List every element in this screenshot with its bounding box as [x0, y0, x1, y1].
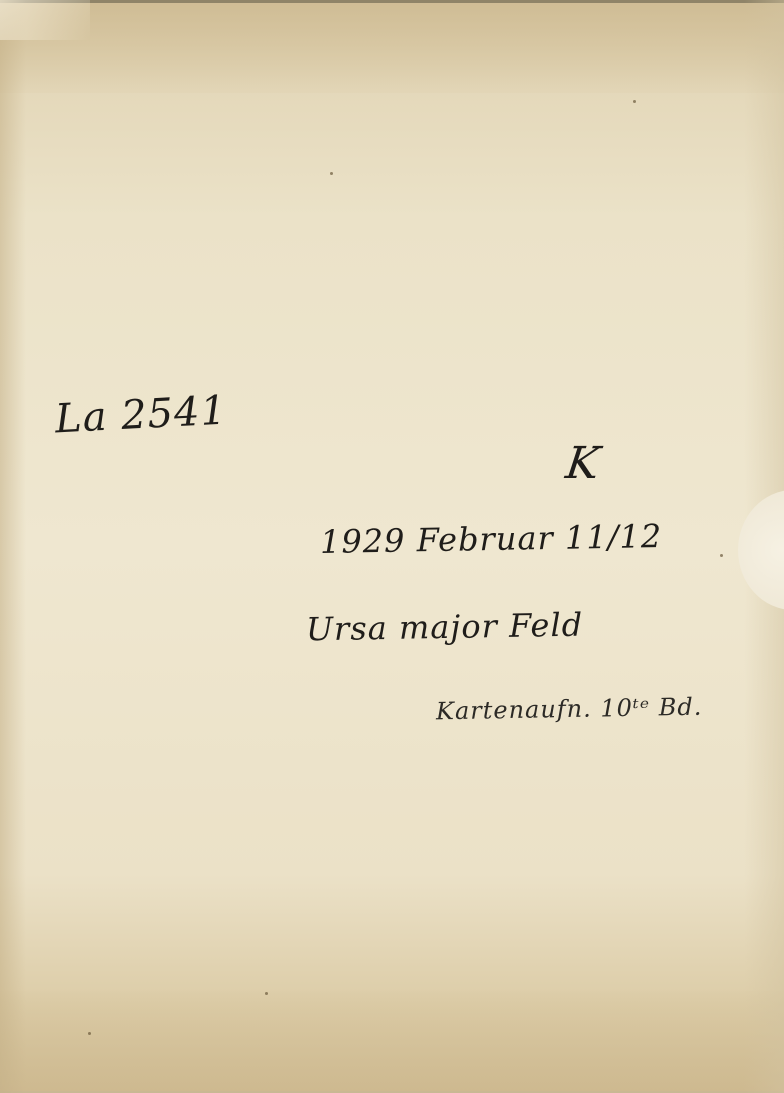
plate-info: Kartenaufn. 10ᵗᵉ Bd.: [436, 693, 703, 726]
paper-speck: [720, 554, 723, 557]
paper-speck: [330, 172, 333, 175]
glassine-sheen: [0, 0, 90, 40]
bottom-fold-band: [0, 991, 784, 1093]
top-fold-band: [0, 0, 784, 93]
sky-field: Ursa major Feld: [306, 606, 584, 649]
paper-speck: [265, 992, 268, 995]
paper-speck: [633, 100, 636, 103]
catalog-number: La 2541: [54, 388, 228, 443]
left-edge-band: [0, 0, 26, 1093]
paper-speck: [88, 1032, 91, 1035]
k-mark: K: [558, 438, 608, 489]
envelope-sleeve: La 2541 K 1929 Februar 11/12 Ursa major …: [0, 0, 784, 1093]
observation-date: 1929 Februar 11/12: [320, 517, 663, 561]
